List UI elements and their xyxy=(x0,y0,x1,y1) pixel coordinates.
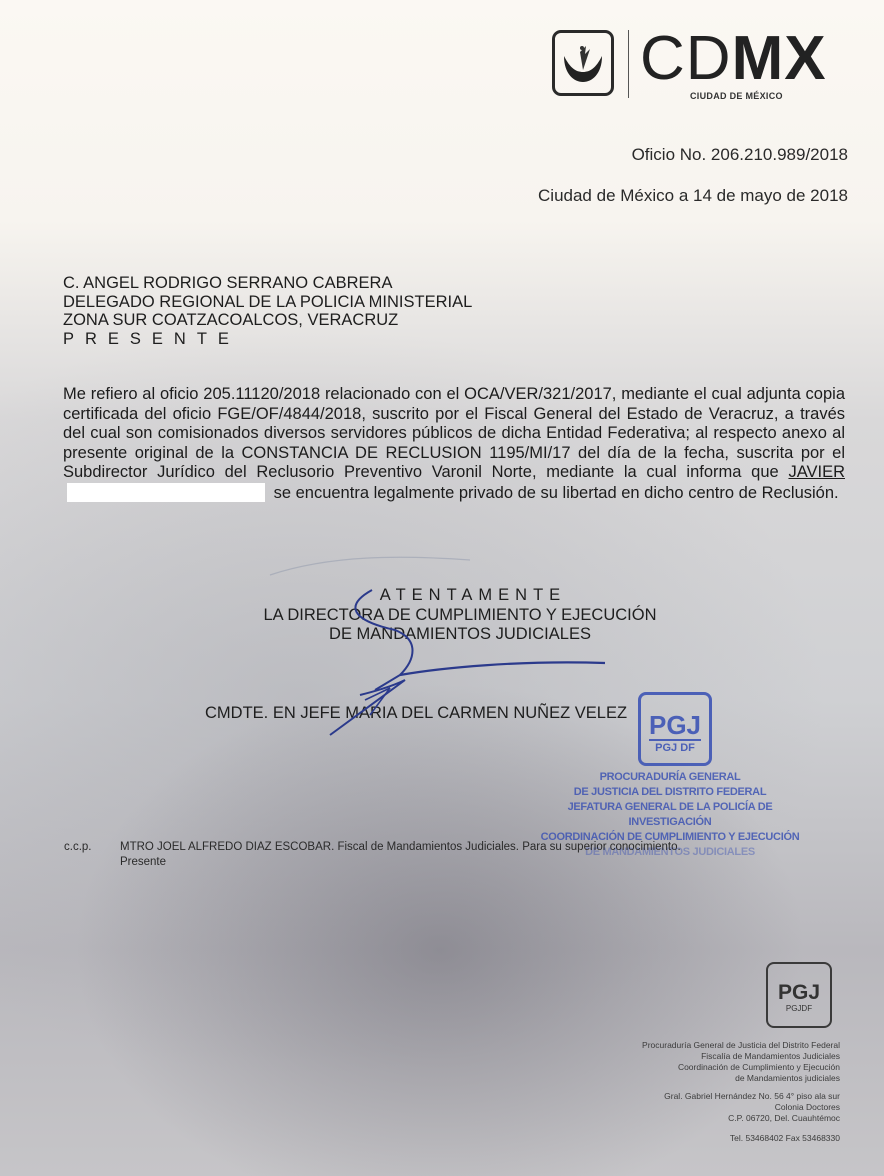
closing-block: ATENTAMENTE LA DIRECTORA DE CUMPLIMIENTO… xyxy=(200,586,720,645)
angel-emblem-icon xyxy=(560,40,606,86)
footer-institution: Procuraduría General de Justicia del Dis… xyxy=(642,1040,840,1084)
place-date: Ciudad de México a 14 de mayo de 2018 xyxy=(538,186,848,206)
signer-title-2: DE MANDAMIENTOS JUDICIALES xyxy=(200,625,720,645)
addressee-zone: ZONA SUR COATZACOALCOS, VERACRUZ xyxy=(63,311,472,330)
addressee-name: C. ANGEL RODRIGO SERRANO CABRERA xyxy=(63,274,472,293)
addressee-block: C. ANGEL RODRIGO SERRANO CABRERA DELEGAD… xyxy=(63,274,472,348)
cdmx-wordmark: CDMX xyxy=(640,24,827,94)
addressee-presente: PRESENTE xyxy=(63,330,472,349)
redaction-box xyxy=(67,483,265,502)
inmate-name: JAVIER xyxy=(788,463,845,481)
footer-phone: Tel. 53468402 Fax 53468330 xyxy=(730,1133,840,1144)
cdmx-emblem xyxy=(552,30,614,96)
addressee-title: DELEGADO REGIONAL DE LA POLICIA MINISTER… xyxy=(63,293,472,312)
cc-label: c.c.p. xyxy=(64,840,120,855)
pgjdf-logo: PGJ PGJDF xyxy=(766,962,832,1028)
letter-body: Me refiero al oficio 205.11120/2018 rela… xyxy=(63,385,845,504)
salutation: ATENTAMENTE xyxy=(200,586,720,606)
oficio-number: Oficio No. 206.210.989/2018 xyxy=(632,145,848,165)
pgj-stamp: PGJ PGJ DF xyxy=(638,692,712,766)
logo-subtitle: CIUDAD DE MÉXICO xyxy=(690,91,783,101)
signer-name: CMDTE. EN JEFE MARIA DEL CARMEN NUÑEZ VE… xyxy=(205,704,627,723)
signer-title-1: LA DIRECTORA DE CUMPLIMIENTO Y EJECUCIÓN xyxy=(200,606,720,626)
cc-block: c.c.p.MTRO JOEL ALFREDO DIAZ ESCOBAR. Fi… xyxy=(64,840,681,870)
footer-address: Gral. Gabriel Hernández No. 56 4° piso a… xyxy=(664,1091,840,1124)
cc-recipient: MTRO JOEL ALFREDO DIAZ ESCOBAR. Fiscal d… xyxy=(120,841,681,853)
logo-divider xyxy=(628,30,629,98)
